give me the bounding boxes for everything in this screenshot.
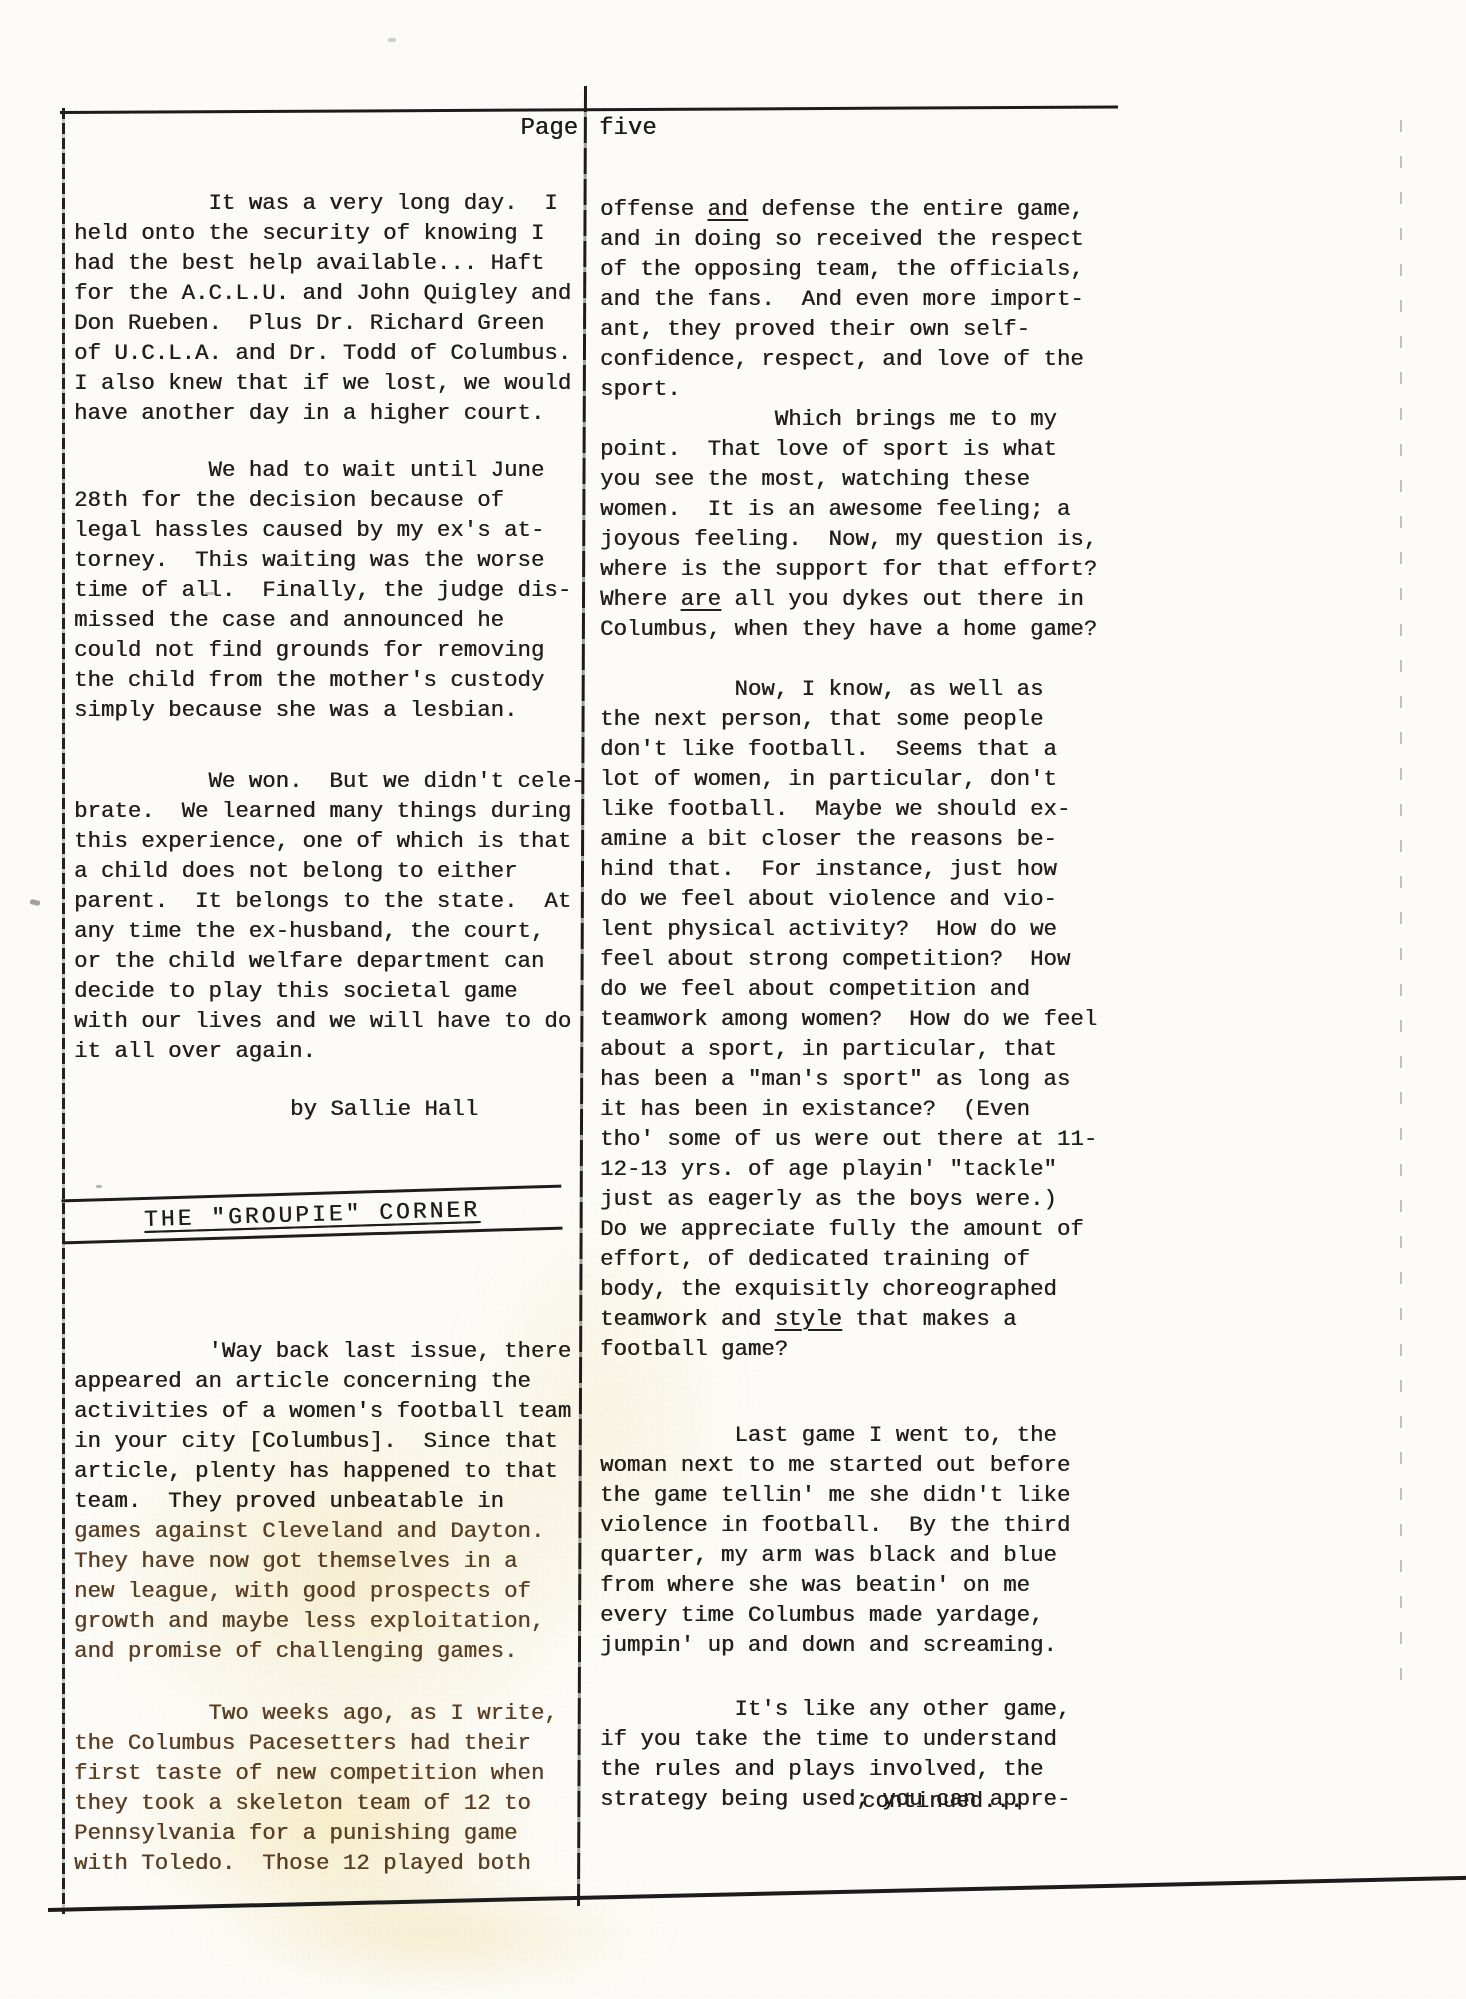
paragraph-we-won: We won. But we didn't cele- brate. We le… bbox=[74, 766, 585, 1066]
scanned-newsletter-page: Page five It was a very long day. I held… bbox=[0, 0, 1466, 1999]
paragraph-offense-post: defense the entire game, and in doing so… bbox=[600, 196, 1084, 402]
underlined-word-and: and bbox=[708, 196, 748, 222]
paragraph-way-back-stained: games against Cleveland and Dayton. They… bbox=[74, 1518, 544, 1664]
paragraph-last-game: Last game I went to, the woman next to m… bbox=[600, 1420, 1070, 1660]
underlined-word-are: are bbox=[681, 586, 721, 612]
groupie-corner-heading: THE "GROUPIE" CORNER bbox=[144, 1197, 481, 1233]
paragraph-way-back-clean: 'Way back last issue, there appeared an … bbox=[74, 1338, 571, 1514]
paragraph-which-brings-pre: Which brings me to my point. That love o… bbox=[600, 406, 1097, 612]
paragraph-offense-pre: offense bbox=[600, 196, 708, 222]
groupie-corner-heading-block: THE "GROUPIE" CORNER bbox=[61, 1185, 562, 1245]
bottom-border-line bbox=[48, 1876, 1466, 1912]
paragraph-now-i-know: Now, I know, as well as the next person,… bbox=[600, 674, 1097, 1364]
byline-sallie-hall: by Sallie Hall bbox=[290, 1094, 478, 1124]
paragraph-offense-defense: offense and defense the entire game, and… bbox=[600, 194, 1084, 404]
paragraph-way-back: 'Way back last issue, there appeared an … bbox=[74, 1336, 571, 1666]
top-border-line bbox=[60, 105, 1118, 114]
underlined-word-style: style bbox=[775, 1306, 842, 1332]
paragraph-pacesetters: Two weeks ago, as I write, the Columbus … bbox=[74, 1698, 558, 1878]
left-border-line bbox=[62, 108, 65, 1914]
scan-speck bbox=[388, 38, 396, 42]
scan-speck bbox=[96, 1185, 102, 1188]
continued-label: continued... bbox=[862, 1786, 1023, 1816]
page-number-label-number: five bbox=[599, 114, 657, 144]
paragraph-now-i-know-pre: Now, I know, as well as the next person,… bbox=[600, 676, 1097, 1332]
paragraph-which-brings: Which brings me to my point. That love o… bbox=[600, 404, 1097, 644]
scan-speck bbox=[30, 899, 41, 906]
right-border-line bbox=[1400, 120, 1402, 1680]
page-number-label-word: Page bbox=[430, 114, 578, 144]
paragraph-court-decision: We had to wait until June 28th for the d… bbox=[74, 455, 571, 725]
paragraph-long-day: It was a very long day. I held onto the … bbox=[74, 188, 571, 428]
